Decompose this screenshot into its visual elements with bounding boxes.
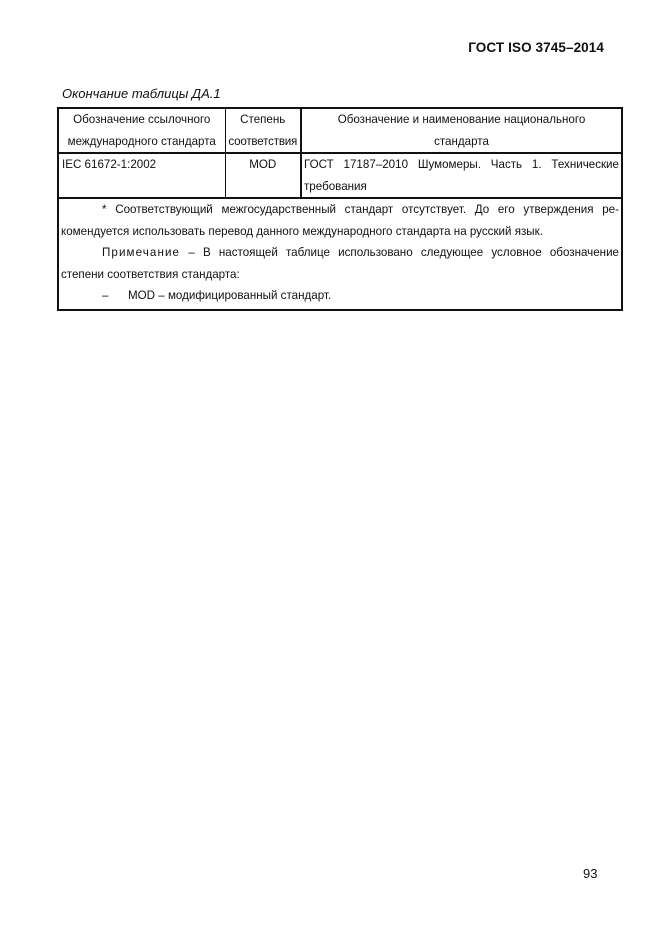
note-text: – В настоящей таблице использовано следу…	[180, 246, 619, 259]
note-line: Примечание – В настоящей таблице использ…	[61, 242, 619, 264]
cell-international-standard: IEC 61672-1:2002	[58, 153, 225, 198]
column-header-line: Обозначение и наименование национального	[304, 109, 619, 131]
note-line: степени соответствия стандарта:	[61, 264, 619, 286]
standards-correspondence-table: Обозначение ссылочного международного ст…	[57, 107, 623, 311]
column-header-line: международного стандарта	[61, 131, 223, 153]
column-header-line: Степень	[228, 109, 299, 131]
note-label: Примечание	[102, 246, 180, 259]
national-standard-line: ГОСТ 17187–2010 Шумомеры. Часть 1. Техни…	[304, 154, 619, 176]
table-caption: Окончание таблицы ДА.1	[62, 86, 221, 101]
note-list-item: –MOD – модифицированный стандарт.	[61, 285, 619, 307]
table-footer-row: * Соответствующий межгосударственный ста…	[58, 198, 622, 310]
note-list-item-text: MOD – модифицированный стандарт.	[128, 289, 331, 302]
cell-national-standard: ГОСТ 17187–2010 Шумомеры. Часть 1. Техни…	[301, 153, 622, 198]
cell-degree: MOD	[225, 153, 301, 198]
column-header-line: соответствия	[228, 131, 299, 153]
column-header-line: стандарта	[304, 131, 619, 153]
table-header-row: Обозначение ссылочного международного ст…	[58, 108, 622, 153]
column-header-degree: Степень соответствия	[225, 108, 301, 153]
national-standard-line: требования	[304, 176, 619, 198]
international-standard-value: IEC 61672-1:2002	[62, 154, 223, 176]
footnote-line: * Соответствующий межгосударственный ста…	[61, 199, 619, 221]
column-header-line: Обозначение ссылочного	[61, 109, 223, 131]
column-header-national-standard: Обозначение и наименование национального…	[301, 108, 622, 153]
footnote-line: комендуется использовать перевод данного…	[61, 221, 619, 243]
degree-value: MOD	[228, 154, 299, 176]
table-row: IEC 61672-1:2002 MOD ГОСТ 17187–2010 Шум…	[58, 153, 622, 198]
dash-bullet: –	[102, 285, 128, 307]
page-number: 93	[583, 866, 597, 881]
column-header-international-standard: Обозначение ссылочного международного ст…	[58, 108, 225, 153]
document-header-id: ГОСТ ISO 3745–2014	[468, 40, 604, 55]
table-notes-cell: * Соответствующий межгосударственный ста…	[58, 198, 622, 310]
